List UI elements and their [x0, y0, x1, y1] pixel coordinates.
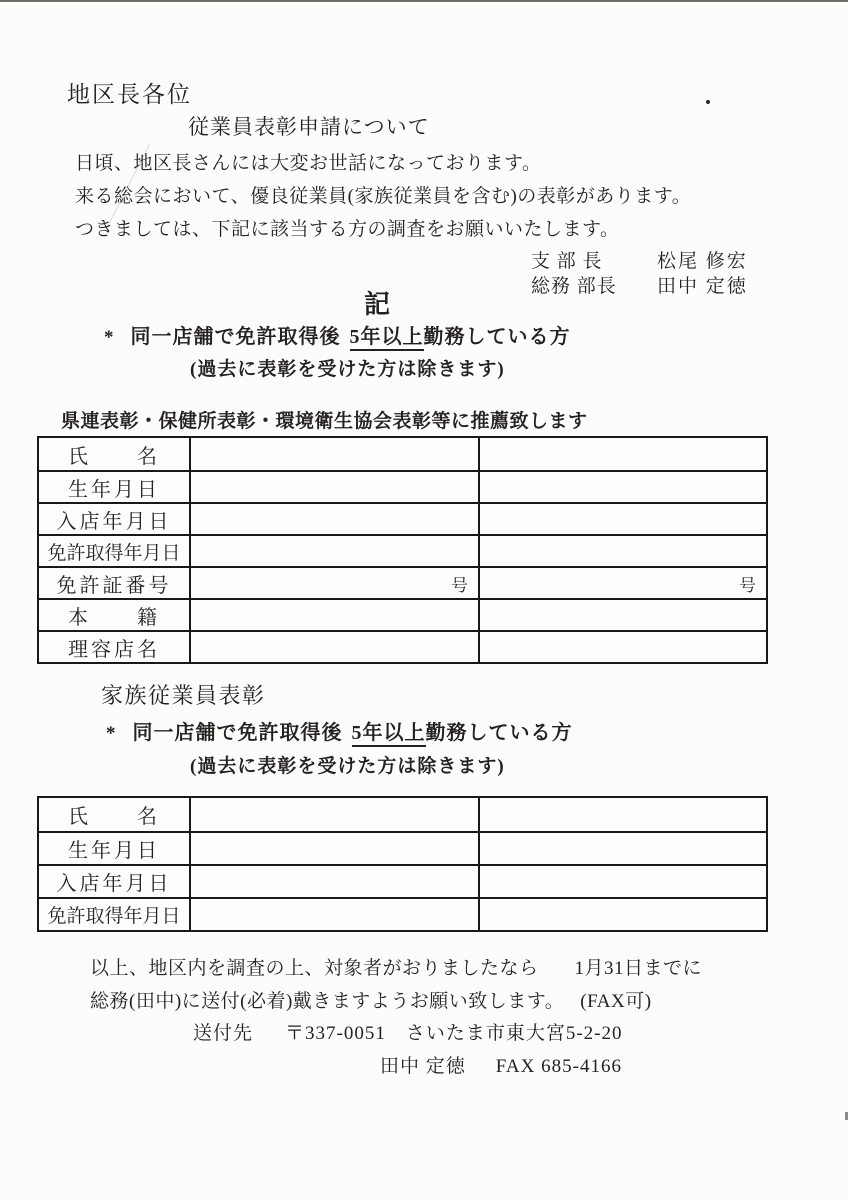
signatory-role: 支 部 長: [531, 246, 657, 271]
greeting-line: つきましては、下記に該当する方の調査をお願いいたします。: [75, 214, 691, 247]
table-blank-cell: [480, 798, 766, 831]
family-section-heading: 家族従業員表彰: [101, 679, 266, 710]
address-text: さいたま市東大宮5-2-20: [406, 1023, 623, 1044]
signatory-row: 支 部 長 松尾 修宏: [531, 246, 748, 271]
table-blank-cell: [191, 630, 480, 662]
condition-pre-text: 同一店舗で免許取得後: [131, 326, 341, 348]
license-number-unit-cell: 号: [191, 566, 480, 598]
scanned-document-page: 地区長各位 従業員表彰申請について 日頃、地区長さんには大変お世話になっておりま…: [0, 0, 848, 1200]
signatory-name: 松尾 修宏: [657, 246, 748, 271]
table-blank-cell: [480, 864, 766, 897]
recommendation-note: 県連表彰・保健所表彰・環境衛生協会表彰等に推薦致します: [61, 406, 588, 433]
table-blank-cell: [480, 897, 766, 930]
table-blank-cell: [480, 534, 766, 566]
table-row-label: 免許証番号: [39, 566, 191, 598]
table-blank-cell: [191, 897, 480, 930]
table-row-label: 氏 名: [39, 798, 191, 831]
employee-condition-line: *同一店舗で免許取得後5年以上勤務している方: [104, 320, 571, 349]
table-row-label: 生年月日: [39, 831, 191, 864]
greeting-paragraph: 日頃、地区長さんには大変お世話になっております。 来る総会において、優良従業員(…: [75, 148, 691, 247]
contact-name: 田中 定徳: [380, 1056, 466, 1077]
family-condition-line: *同一店舗で免許取得後5年以上勤務している方: [106, 716, 573, 745]
table-row-label: 免許取得年月日: [39, 897, 191, 930]
scan-speck-dot: [706, 100, 710, 104]
family-exclusion-note: (過去に表彰を受けた方は除きます): [190, 751, 505, 778]
table-blank-cell: [480, 630, 766, 662]
send-to-label: 送付先: [193, 1023, 253, 1044]
scan-top-edge-artifact: [0, 0, 848, 2]
send-to-line: 送付先〒337-0051さいたま市東大宮5-2-20: [193, 1018, 623, 1045]
table-blank-cell: [480, 438, 766, 470]
table-row-label: 免許取得年月日: [39, 534, 191, 566]
license-number-unit-cell: 号: [480, 566, 766, 598]
table-row-label: 氏 名: [39, 438, 191, 470]
table-blank-cell: [191, 831, 480, 864]
postal-code: 〒337-0051: [285, 1023, 386, 1044]
asterisk-bullet: *: [104, 327, 115, 349]
record-mark-heading: 記: [0, 284, 756, 321]
condition-underlined-text: 5年以上: [352, 722, 426, 747]
closing-line-1-text: 以上、地区内を調査の上、対象者がおりましたなら: [90, 958, 539, 979]
greeting-line: 来る総会において、優良従業員(家族従業員を含む)の表彰があります。: [75, 181, 691, 214]
table-blank-cell: [480, 598, 766, 630]
table-blank-cell: [191, 864, 480, 897]
fax-ok-note: (FAX可): [580, 991, 651, 1012]
table-row-label: 生年月日: [39, 470, 191, 502]
table-blank-cell: [480, 470, 766, 502]
condition-post-text: 勤務している方: [424, 326, 571, 348]
table-row-label: 入店年月日: [39, 502, 191, 534]
table-row-label: 本 籍: [39, 598, 191, 630]
contact-line: 田中 定徳FAX 685-4166: [380, 1051, 622, 1078]
condition-post-text: 勤務している方: [426, 722, 573, 744]
fax-number: FAX 685-4166: [496, 1056, 622, 1077]
table-blank-cell: [191, 438, 480, 470]
deadline-text: 1月31日までに: [575, 958, 703, 979]
table-row-label: 入店年月日: [39, 864, 191, 897]
table-blank-cell: [191, 798, 480, 831]
greeting-line: 日頃、地区長さんには大変お世話になっております。: [75, 148, 691, 181]
closing-line-2-text: 総務(田中)に送付(必着)戴きますようお願い致します。: [90, 991, 564, 1012]
condition-pre-text: 同一店舗で免許取得後: [133, 722, 343, 744]
table-blank-cell: [191, 534, 480, 566]
employee-table: 氏 名 生年月日 入店年月日 免許取得年月日 免許証番号 号 号 本 籍 理容店…: [37, 436, 768, 664]
document-title: 従業員表彰申請について: [188, 111, 430, 141]
table-blank-cell: [191, 598, 480, 630]
table-blank-cell: [191, 470, 480, 502]
closing-line-1: 以上、地区内を調査の上、対象者がおりましたなら1月31日までに: [90, 953, 702, 980]
salutation: 地区長各位: [67, 76, 192, 109]
asterisk-bullet: *: [106, 723, 117, 745]
employee-exclusion-note: (過去に表彰を受けた方は除きます): [190, 354, 505, 381]
table-blank-cell: [191, 502, 480, 534]
table-blank-cell: [480, 502, 766, 534]
closing-line-2: 総務(田中)に送付(必着)戴きますようお願い致します。(FAX可): [90, 986, 652, 1013]
condition-underlined-text: 5年以上: [350, 326, 424, 351]
table-row-label: 理容店名: [39, 630, 191, 662]
family-table: 氏 名 生年月日 入店年月日 免許取得年月日: [37, 796, 768, 932]
table-blank-cell: [480, 831, 766, 864]
